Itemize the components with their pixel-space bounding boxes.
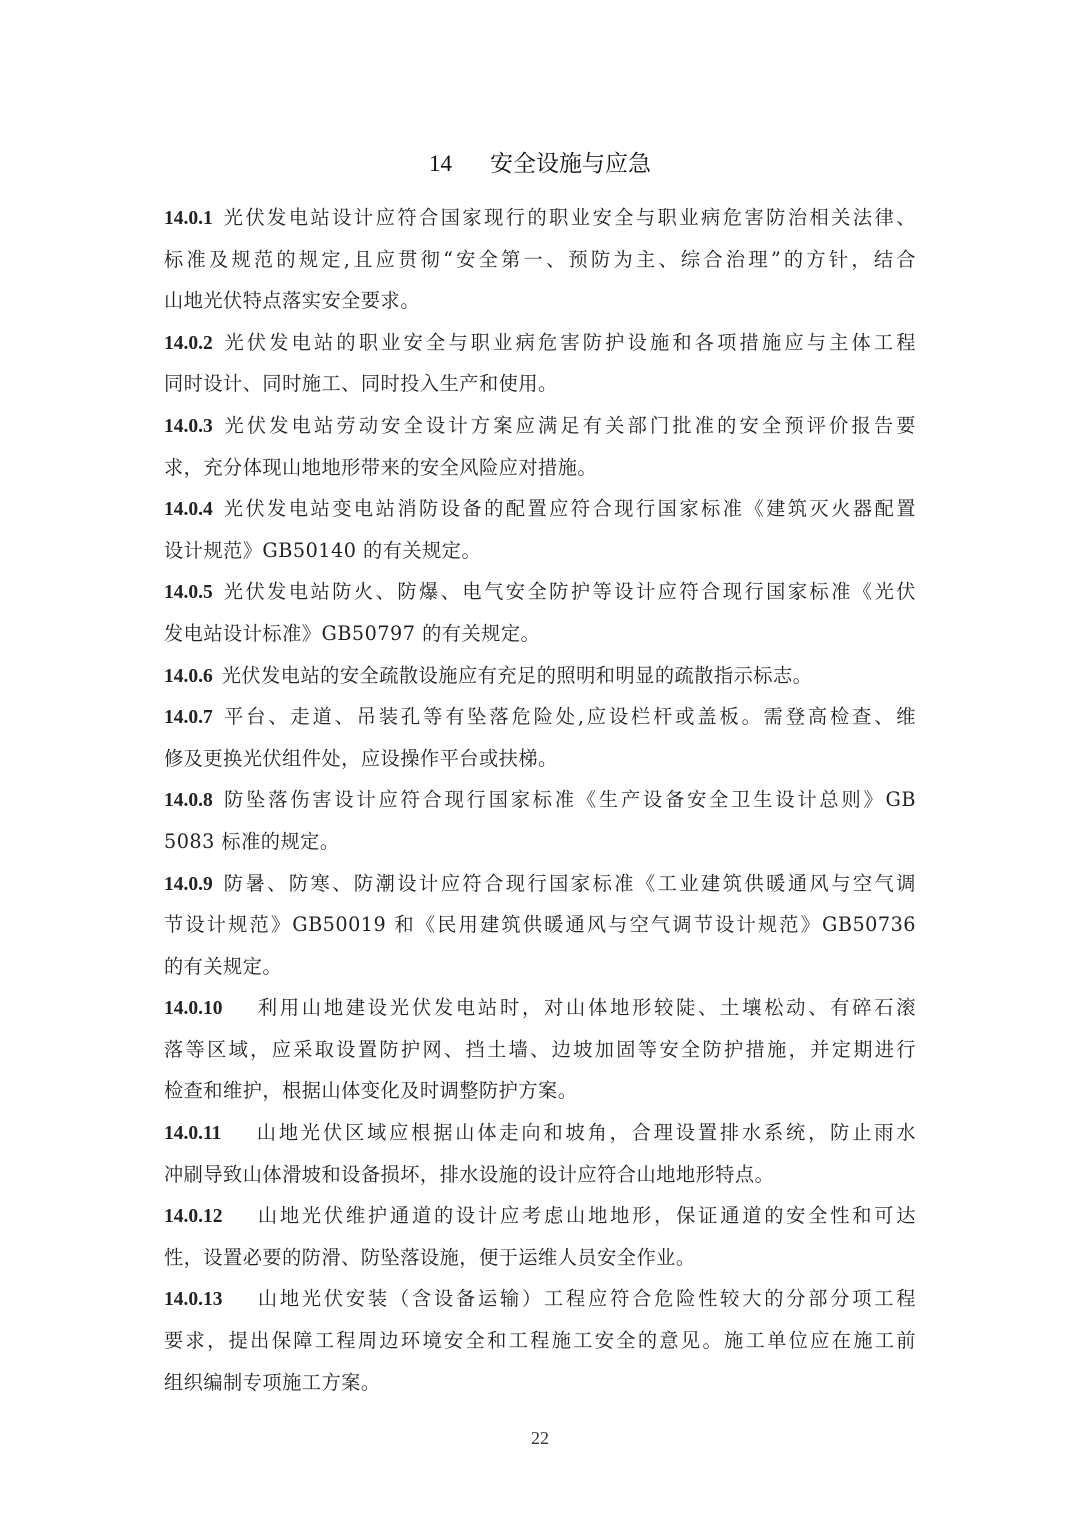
- clause-number: 14.0.9: [164, 874, 213, 895]
- chapter-title: 安全设施与应急: [490, 151, 651, 177]
- clause-number: 14.0.11: [164, 1123, 221, 1144]
- clause-text: 修及更换光伏组件处，应设操作平台或扶梯。: [164, 747, 558, 770]
- clause-line: 14.0.1光伏发电站设计应符合国家现行的职业安全与职业病危害防治相关法律、: [164, 197, 916, 239]
- clause-line: 标准及规范的规定,且应贯彻“安全第一、预防为主、综合治理”的方针，结合: [164, 239, 916, 281]
- clause-text: 5083 标准的规定。: [164, 830, 340, 853]
- clause-line: 14.0.9防暑、防寒、防潮设计应符合现行国家标准《工业建筑供暖通风与空气调: [164, 863, 916, 905]
- clause-line: 发电站设计标准》GB50797 的有关规定。: [164, 613, 916, 655]
- clause-14-0-6: 14.0.6光伏发电站的安全疏散设施应有充足的照明和明显的疏散指示标志。: [164, 655, 916, 697]
- document-page: 14安全设施与应急 14.0.1光伏发电站设计应符合国家现行的职业安全与职业病危…: [0, 0, 1080, 1528]
- clause-line: 组织编制专项施工方案。: [164, 1362, 916, 1404]
- clause-text: 光伏发电站的安全疏散设施应有充足的照明和明显的疏散指示标志。: [222, 664, 813, 687]
- clause-line: 14.0.8防坠落伤害设计应符合现行国家标准《生产设备安全卫生设计总则》GB: [164, 779, 916, 821]
- clause-14-0-12: 14.0.12山地光伏维护通道的设计应考虑山地地形，保证通道的安全性和可达性，设…: [164, 1195, 916, 1278]
- clause-line: 14.0.7平台、走道、吊装孔等有坠落危险处,应设栏杆或盖板。需登高检查、维: [164, 696, 916, 738]
- clause-line: 14.0.4光伏发电站变电站消防设备的配置应符合现行国家标准《建筑灭火器配置: [164, 488, 916, 530]
- clause-number: 14.0.12: [164, 1206, 223, 1227]
- clause-14-0-5: 14.0.5光伏发电站防火、防爆、电气安全防护等设计应符合现行国家标准《光伏发电…: [164, 571, 916, 654]
- clause-14-0-10: 14.0.10利用山地建设光伏发电站时，对山体地形较陡、土壤松动、有碎石滚落等区…: [164, 987, 916, 1112]
- clause-number: 14.0.5: [164, 582, 213, 603]
- clause-number: 14.0.10: [164, 998, 223, 1019]
- clause-line: 落等区域，应采取设置防护网、挡土墙、边坡加固等安全防护措施，并定期进行: [164, 1029, 916, 1071]
- clause-line: 性，设置必要的防滑、防坠落设施，便于运维人员安全作业。: [164, 1237, 916, 1279]
- clause-14-0-2: 14.0.2光伏发电站的职业安全与职业病危害防护设施和各项措施应与主体工程同时设…: [164, 322, 916, 405]
- clause-text: 要求，提出保障工程周边环境安全和工程施工安全的意见。施工单位应在施工前: [164, 1329, 916, 1352]
- chapter-number: 14: [429, 151, 452, 176]
- clause-text: 山地光伏维护通道的设计应考虑山地地形，保证通道的安全性和可达: [256, 1204, 917, 1227]
- clause-14-0-7: 14.0.7平台、走道、吊装孔等有坠落危险处,应设栏杆或盖板。需登高检查、维修及…: [164, 696, 916, 779]
- clause-text: 标准及规范的规定,且应贯彻“安全第一、预防为主、综合治理”的方针，结合: [164, 248, 916, 271]
- clause-text: 发电站设计标准》GB50797 的有关规定。: [164, 622, 540, 645]
- clause-number: 14.0.8: [164, 790, 213, 811]
- clause-text: 利用山地建设光伏发电站时，对山体地形较陡、土壤松动、有碎石滚: [256, 996, 917, 1019]
- clause-line: 山地光伏特点落实安全要求。: [164, 280, 916, 322]
- clause-14-0-1: 14.0.1光伏发电站设计应符合国家现行的职业安全与职业病危害防治相关法律、标准…: [164, 197, 916, 322]
- clause-text: 防坠落伤害设计应符合现行国家标准《生产设备安全卫生设计总则》GB: [222, 788, 916, 811]
- clause-number: 14.0.2: [164, 333, 213, 354]
- chapter-heading: 14安全设施与应急: [0, 146, 1080, 182]
- clause-line: 修及更换光伏组件处，应设操作平台或扶梯。: [164, 738, 916, 780]
- clause-line: 14.0.2光伏发电站的职业安全与职业病危害防护设施和各项措施应与主体工程: [164, 322, 916, 364]
- clause-text: 的有关规定。: [164, 955, 282, 978]
- clause-text: 山地光伏特点落实安全要求。: [164, 289, 420, 312]
- clause-text: 平台、走道、吊装孔等有坠落危险处,应设栏杆或盖板。需登高检查、维: [222, 705, 916, 728]
- clause-line: 设计规范》GB50140 的有关规定。: [164, 530, 916, 572]
- clause-text: 落等区域，应采取设置防护网、挡土墙、边坡加固等安全防护措施，并定期进行: [164, 1038, 916, 1061]
- clause-text: 光伏发电站防火、防爆、电气安全防护等设计应符合现行国家标准《光伏: [222, 580, 916, 603]
- clause-text: 山地光伏区域应根据山体走向和坡角，合理设置排水系统，防止雨水: [254, 1121, 916, 1144]
- clause-text: 组织编制专项施工方案。: [164, 1371, 381, 1394]
- clause-number: 14.0.6: [164, 666, 213, 687]
- clause-line: 要求，提出保障工程周边环境安全和工程施工安全的意见。施工单位应在施工前: [164, 1320, 916, 1362]
- clause-line: 5083 标准的规定。: [164, 821, 916, 863]
- clause-14-0-8: 14.0.8防坠落伤害设计应符合现行国家标准《生产设备安全卫生设计总则》GB50…: [164, 779, 916, 862]
- clause-number: 14.0.1: [164, 208, 213, 229]
- page-number: 22: [0, 1428, 1080, 1449]
- clause-number: 14.0.4: [164, 499, 213, 520]
- clause-14-0-13: 14.0.13山地光伏安装（含设备运输）工程应符合危险性较大的分部分项工程要求，…: [164, 1278, 916, 1403]
- clause-text: 光伏发电站变电站消防设备的配置应符合现行国家标准《建筑灭火器配置: [222, 497, 916, 520]
- clause-text: 防暑、防寒、防潮设计应符合现行国家标准《工业建筑供暖通风与空气调: [222, 872, 916, 895]
- clause-line: 14.0.11山地光伏区域应根据山体走向和坡角，合理设置排水系统，防止雨水: [164, 1112, 916, 1154]
- clause-text: 同时设计、同时施工、同时投入生产和使用。: [164, 372, 558, 395]
- clause-14-0-4: 14.0.4光伏发电站变电站消防设备的配置应符合现行国家标准《建筑灭火器配置设计…: [164, 488, 916, 571]
- clause-text: 求，充分体现山地地形带来的安全风险应对措施。: [164, 456, 597, 479]
- clause-14-0-11: 14.0.11山地光伏区域应根据山体走向和坡角，合理设置排水系统，防止雨水冲刷导…: [164, 1112, 916, 1195]
- clause-line: 冲刷导致山体滑坡和设备损坏，排水设施的设计应符合山地地形特点。: [164, 1154, 916, 1196]
- clause-line: 14.0.10利用山地建设光伏发电站时，对山体地形较陡、土壤松动、有碎石滚: [164, 987, 916, 1029]
- clause-text: 光伏发电站的职业安全与职业病危害防护设施和各项措施应与主体工程: [222, 331, 916, 354]
- clause-line: 检查和维护，根据山体变化及时调整防护方案。: [164, 1070, 916, 1112]
- clause-text: 光伏发电站劳动安全设计方案应满足有关部门批准的安全预评价报告要: [222, 414, 916, 437]
- clause-line: 14.0.13山地光伏安装（含设备运输）工程应符合危险性较大的分部分项工程: [164, 1278, 916, 1320]
- clause-line: 14.0.6光伏发电站的安全疏散设施应有充足的照明和明显的疏散指示标志。: [164, 655, 916, 697]
- clause-text: 山地光伏安装（含设备运输）工程应符合危险性较大的分部分项工程: [256, 1287, 917, 1310]
- clause-text: 冲刷导致山体滑坡和设备损坏，排水设施的设计应符合山地地形特点。: [164, 1163, 774, 1186]
- clause-text: 性，设置必要的防滑、防坠落设施，便于运维人员安全作业。: [164, 1246, 696, 1269]
- clause-list: 14.0.1光伏发电站设计应符合国家现行的职业安全与职业病危害防治相关法律、标准…: [164, 197, 916, 1403]
- clause-text: 节设计规范》GB50019 和《民用建筑供暖通风与空气调节设计规范》GB5073…: [164, 913, 916, 936]
- clause-text: 检查和维护，根据山体变化及时调整防护方案。: [164, 1079, 577, 1102]
- clause-14-0-9: 14.0.9防暑、防寒、防潮设计应符合现行国家标准《工业建筑供暖通风与空气调节设…: [164, 863, 916, 988]
- clause-14-0-3: 14.0.3光伏发电站劳动安全设计方案应满足有关部门批准的安全预评价报告要求，充…: [164, 405, 916, 488]
- clause-line: 14.0.3光伏发电站劳动安全设计方案应满足有关部门批准的安全预评价报告要: [164, 405, 916, 447]
- clause-number: 14.0.7: [164, 707, 213, 728]
- clause-number: 14.0.13: [164, 1289, 223, 1310]
- clause-number: 14.0.3: [164, 416, 213, 437]
- clause-line: 节设计规范》GB50019 和《民用建筑供暖通风与空气调节设计规范》GB5073…: [164, 904, 916, 946]
- clause-line: 同时设计、同时施工、同时投入生产和使用。: [164, 363, 916, 405]
- clause-line: 求，充分体现山地地形带来的安全风险应对措施。: [164, 447, 916, 489]
- clause-line: 14.0.5光伏发电站防火、防爆、电气安全防护等设计应符合现行国家标准《光伏: [164, 571, 916, 613]
- clause-line: 的有关规定。: [164, 946, 916, 988]
- clause-line: 14.0.12山地光伏维护通道的设计应考虑山地地形，保证通道的安全性和可达: [164, 1195, 916, 1237]
- clause-text: 光伏发电站设计应符合国家现行的职业安全与职业病危害防治相关法律、: [222, 206, 916, 229]
- clause-text: 设计规范》GB50140 的有关规定。: [164, 539, 481, 562]
